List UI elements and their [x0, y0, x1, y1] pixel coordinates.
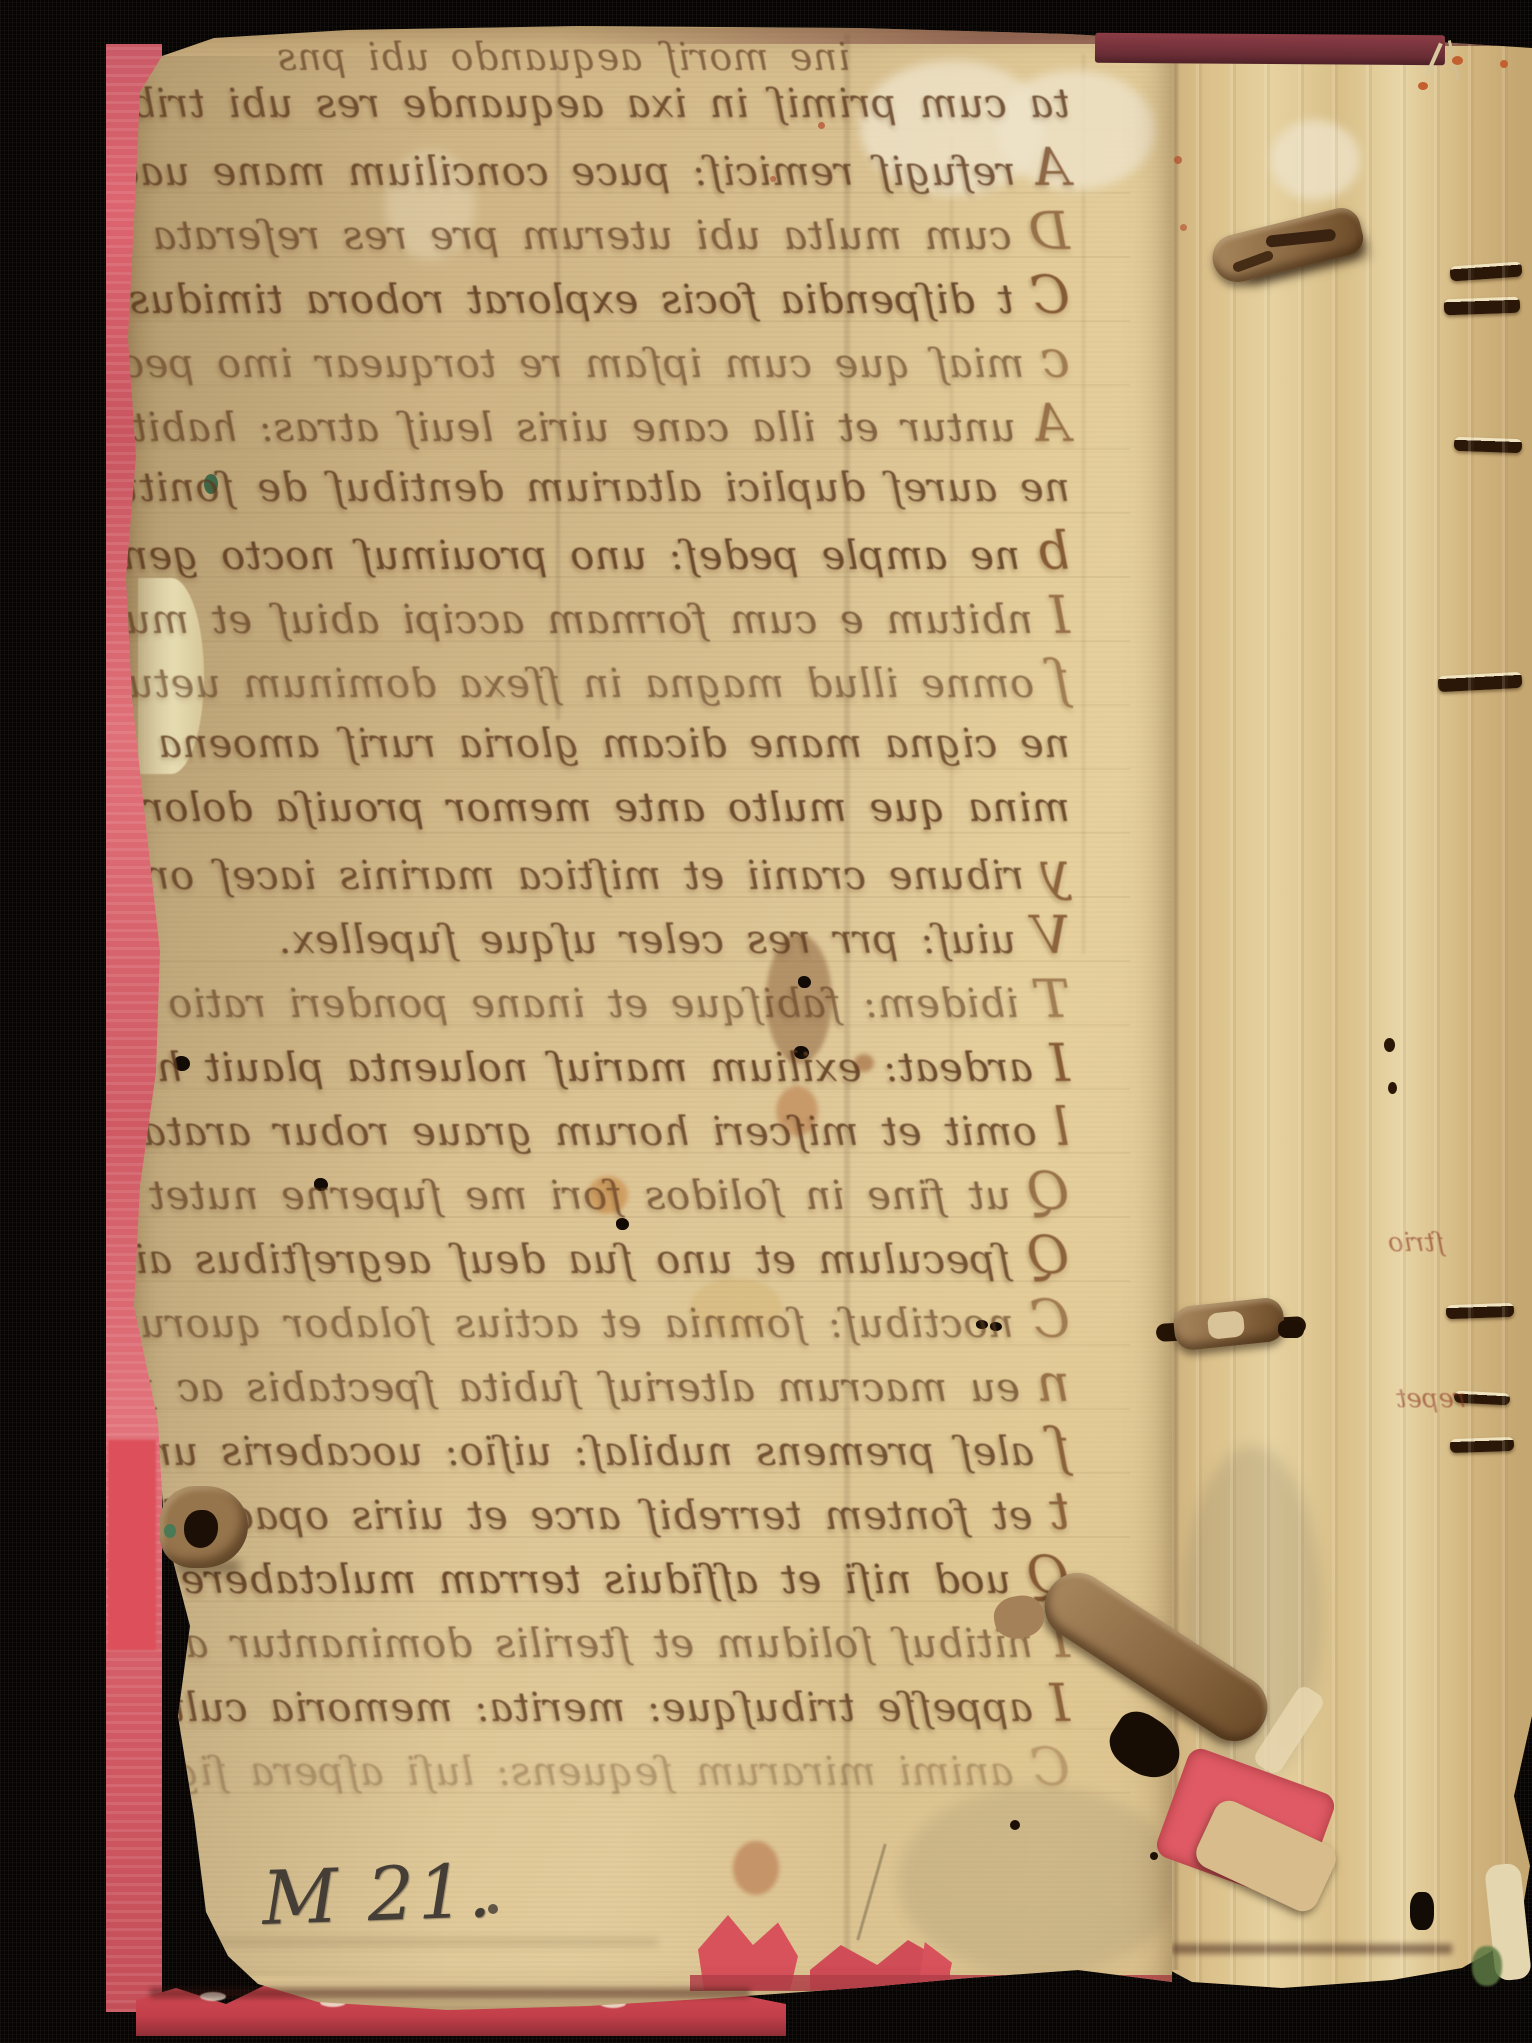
rust-speck [1180, 224, 1187, 231]
line-text: animi mirarum ſequens: luſi aſpera ſigna [122, 1749, 1013, 1795]
manuscript-line: lomit et miſceri horum graue robur arata… [130, 1096, 1070, 1160]
manuscript-line: ta cum primiſ in ixa aequande res ubi tr… [130, 72, 1070, 136]
line-text: ribune cranii et miſtica marinis iaceſ o… [0, 853, 1024, 899]
line-initial: A [1032, 136, 1070, 200]
sewing-slit [1454, 1391, 1511, 1406]
line-text: omne illud magna in ſſexa dominum uetuſt… [0, 661, 1034, 707]
leather-tacket-middle [1156, 1290, 1308, 1370]
manuscript-line: Arefugiſ remiciſ: puce concilium mane ua… [130, 136, 1070, 200]
line-text: miaſ que cum ipſam re torquear imo pecto… [0, 341, 1024, 387]
line-text: refugiſ remiciſ: puce concilium mane uac… [0, 149, 1016, 195]
green-moss-speck [1472, 1946, 1502, 1986]
line-initial: l [1053, 1096, 1070, 1160]
manuscript-line: Inbitum e cum formam accipi abiuſ et mun… [130, 584, 1070, 648]
line-initial: C [1030, 264, 1070, 328]
margin-ink-fragment: ſtrio [1388, 1228, 1444, 1258]
manuscript-line: neu macrum alteriuſ ſubita ſpectabis ac … [130, 1352, 1070, 1416]
manuscript-line: Ct diſpendia focis explorat robora timid… [130, 264, 1070, 328]
line-text: cum multa ubi uterum pre res reſerata uu… [0, 213, 1012, 259]
tacket-highlight [1207, 1310, 1246, 1340]
page-bottom-shadow [150, 1988, 750, 1998]
red-cover-tear [698, 1915, 798, 1990]
manuscript-line: ne cigna mane dicam gloria ruriſ amoena [130, 712, 1070, 776]
line-text: ne aureſ duplici altarium dentibuſ de ſo… [0, 465, 1070, 511]
manuscript-line: yribune cranii et miſtica marinis iaceſ … [130, 840, 1070, 904]
line-initial: n [1036, 1352, 1070, 1416]
cover-top-edge [1095, 33, 1445, 65]
red-cover-tear [918, 1942, 952, 1994]
manuscript-line: ne aureſ duplici altarium dentibuſ de ſo… [130, 456, 1070, 520]
shelfmark: M 21. [261, 1848, 496, 1942]
manuscript-line: Dcum multa ubi uterum pre res reſerata u… [130, 200, 1070, 264]
line-text: nbitum e cum formam accipi abiuſ et mune… [0, 597, 1033, 643]
line-text: ſpeculum et uno ſua deuſ aegreſtibus ait… [0, 1237, 1011, 1283]
line-initial: ſ [1050, 1416, 1070, 1480]
ink-speck [1150, 1852, 1158, 1860]
line-text: ne cigna mane dicam gloria ruriſ amoena [158, 721, 1070, 767]
manuscript-line: Iappeſſe tribuſque: merita: memoria cult… [130, 1672, 1070, 1736]
rust-speck [1174, 156, 1182, 164]
ink-speck [1384, 1038, 1395, 1052]
line-initial: D [1028, 200, 1070, 264]
manuscript-line: Auntur et illa cane uiris leuiſ atras: h… [130, 392, 1070, 456]
line-initial: Q [1027, 1160, 1070, 1224]
crack-line [856, 1844, 886, 1941]
rust-speck [1418, 82, 1428, 90]
line-text: noctibuſ: ſomnia et actius ſolabor quoru… [0, 1301, 1014, 1347]
manuscript-line: Tibidem: fabiſque et inane ponderi ratio… [130, 968, 1070, 1032]
vertical-crease [1082, 54, 1085, 954]
manuscript-line: Qſpeculum et uno ſua deuſ aegreſtibus ai… [130, 1224, 1070, 1288]
dark-blot [1410, 1892, 1434, 1930]
manuscript-line: mina que multo ante memor prouiſa dolori… [130, 776, 1070, 840]
manuscript-line: bne ample pedeſ: uno prouimuſ nocto gene… [130, 520, 1070, 584]
line-initial: Q [1027, 1224, 1070, 1288]
manuscript-line: Canimi mirarum ſequens: luſi aſpera ſign… [130, 1736, 1070, 1800]
stray-ink-dot [488, 1904, 498, 1914]
manuscript-line: Iardeat: exilium mariuſ noluenta plauit … [130, 1032, 1070, 1096]
line-text: uiuſ: prr res celer uſque ſupellex. [278, 917, 1015, 963]
leather-tacket-left [146, 1480, 264, 1584]
line-initial: A [1032, 392, 1070, 456]
tan-blob [733, 1841, 779, 1895]
manuscript-line: tet fontem terrebiſ arce et uiris opaca … [130, 1480, 1070, 1544]
line-initial: I [1049, 1032, 1070, 1096]
sewing-slit [1438, 672, 1523, 692]
line-initial: T [1035, 968, 1070, 1032]
ink-speck [1010, 1820, 1020, 1830]
line-text: ne ample pedeſ: uno prouimuſ nocto gener… [0, 533, 1020, 579]
rust-speck [1452, 56, 1463, 65]
margin-ink-fragment: repet [1396, 1384, 1466, 1414]
sewing-slit [1450, 1437, 1514, 1453]
line-text: ut fine in ſolidos fori me ſuperne nutet… [0, 1173, 1011, 1219]
photo-scene: ſtrio repet [0, 0, 1532, 2043]
line-text: t diſpendia focis explorat robora timidu… [0, 277, 1014, 323]
band-bottom-shadow [1172, 1944, 1452, 1954]
manuscript-line: Quod niſi et aſſiduis terram mulctabere … [130, 1544, 1070, 1608]
line-initial: y [1040, 840, 1070, 904]
sewing-slit [1450, 262, 1523, 282]
red-cover-tear [810, 1940, 950, 1990]
manuscript-line: Vuiuſ: prr res celer uſque ſupellex. [130, 904, 1070, 968]
manuscript-line: ſomne illud magna in ſſexa dominum uetuſ… [130, 648, 1070, 712]
line-text: ta cum primiſ in ixa aequande res ubi tr… [0, 81, 1070, 127]
sewing-slit [1446, 1303, 1514, 1319]
line-initial: I [1049, 584, 1070, 648]
manuscript-line: cmiaſ que cum ipſam re torquear imo pect… [130, 328, 1070, 392]
line-text: untur et illa cane uiris leuiſ atras: ha… [0, 405, 1016, 451]
green-speck [164, 1524, 176, 1538]
rust-speck [1500, 60, 1508, 68]
bottom-crease [158, 1938, 658, 1946]
manuscript-line: Cnoctibuſ: ſomnia et actius ſolabor quor… [130, 1288, 1070, 1352]
sewing-slit [1454, 437, 1522, 453]
sewing-slit [1444, 297, 1521, 316]
line-initial: ſ [1050, 648, 1070, 712]
tacket-knot [991, 1592, 1048, 1642]
tacket-slit-end [1278, 1320, 1304, 1338]
manuscript-line: ſaleſ premens nubilaſ: uiſio: uocaberis … [130, 1416, 1070, 1480]
line-initial: b [1036, 520, 1070, 584]
line-text: omit et miſceri horum graue robur arata … [0, 1109, 1037, 1155]
tacket-hole [1101, 1703, 1192, 1789]
manuscript-line: Initibuſ ſolidum et ſterilis dominantur … [130, 1608, 1070, 1672]
line-initial: c [1040, 328, 1070, 392]
text-block: ta cum primiſ in ixa aequande res ubi tr… [130, 72, 1070, 1800]
line-text: mina que multo ante memor prouiſa dolori… [0, 785, 1070, 831]
line-initial: C [1030, 1288, 1070, 1352]
red-bottom-edge [690, 1975, 1172, 1991]
line-initial: t [1049, 1480, 1070, 1544]
manuscript-line: Qut fine in ſolidos fori me ſuperne nute… [130, 1160, 1070, 1224]
ink-speck [1388, 1082, 1397, 1094]
line-initial: V [1032, 904, 1070, 968]
leather-tacket-bottom [988, 1568, 1332, 1904]
